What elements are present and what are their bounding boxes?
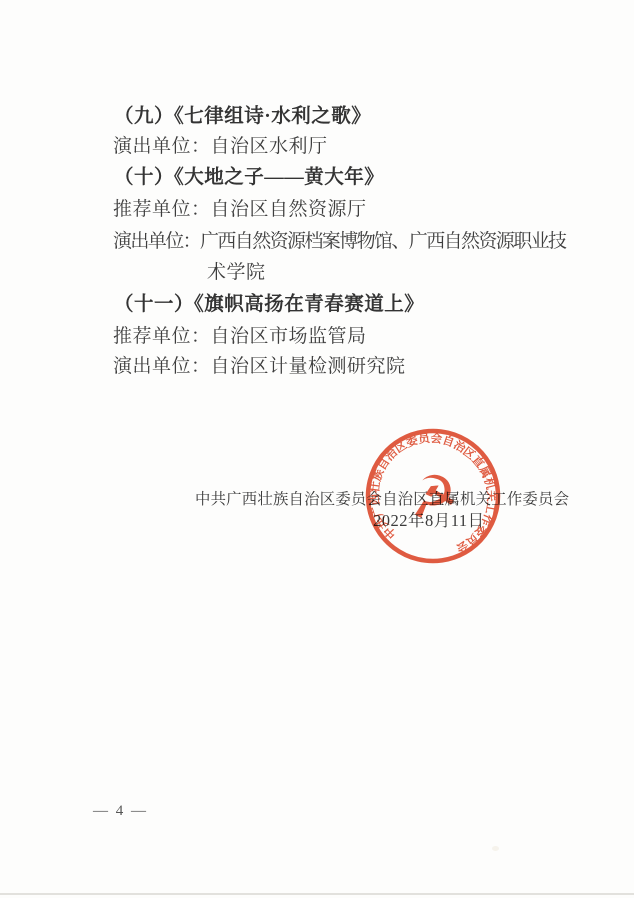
item-11-performer: 演出单位：自治区计量检测研究院: [113, 356, 406, 378]
item-10-recommender: 推荐单位：自治区自然资源厅: [113, 199, 367, 221]
signature-organization: 中共广西壮族自治区委员会自治区直属机关工作委员会: [195, 487, 569, 509]
scan-smudge: [492, 846, 499, 851]
item-9-performer: 演出单位：自治区水利厅: [113, 136, 328, 158]
item-10-performer-continued: 术学院: [207, 262, 266, 284]
item-11-title: （十一）《旗帜高扬在青春赛道上》: [114, 294, 424, 316]
item-10-performer: 演出单位：广西自然资源档案博物馆、广西自然资源职业技: [113, 231, 565, 253]
item-11-recommender: 推荐单位：自治区市场监管局: [113, 326, 367, 348]
signature-date: 2022年8月11日: [373, 507, 485, 531]
page-number: — 4 —: [93, 803, 148, 820]
scan-edge: [0, 893, 634, 895]
document-page: （九）《七律组诗·水利之歌》 演出单位：自治区水利厅 （十）《大地之子——黄大年…: [0, 0, 634, 898]
item-10-title: （十）《大地之子——黄大年》: [114, 167, 384, 189]
item-9-title: （九）《七律组诗·水利之歌》: [114, 106, 371, 128]
